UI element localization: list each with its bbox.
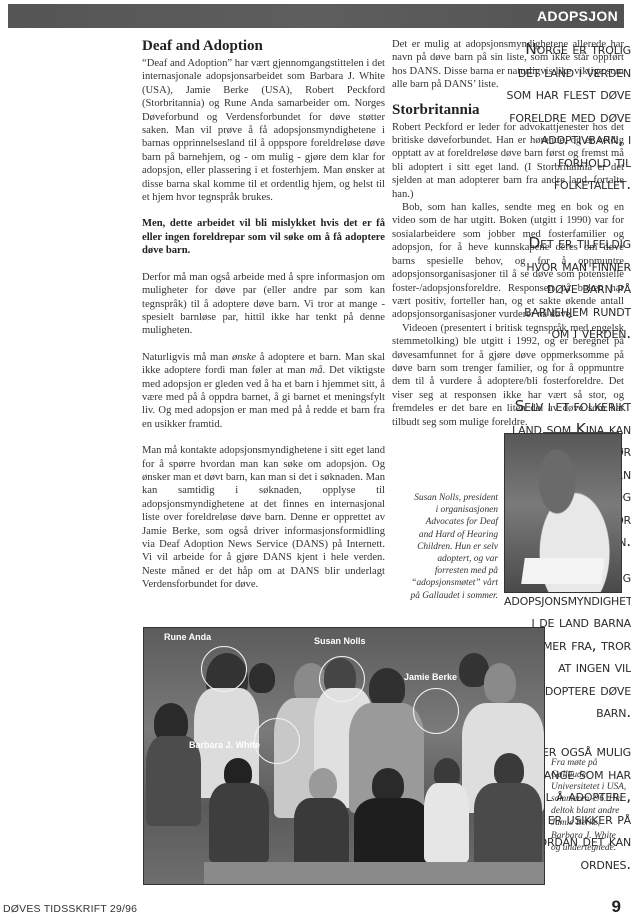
paragraph: “Deaf and Adoption” har vært gjennomgang…: [142, 57, 385, 204]
label-jamie-berke: Jamie Berke: [404, 672, 457, 682]
section-title: ADOPSJON: [537, 8, 618, 24]
label-rune-anda: Rune Anda: [164, 632, 211, 642]
person-head: [369, 668, 405, 708]
subheading-storbritannia: Storbritannia: [392, 102, 624, 119]
paragraph: Det er mulig at adopsjonsmyndighetene al…: [392, 38, 624, 92]
person-head: [494, 753, 524, 787]
paragraph: Videoen (presentert i britisk tegnspråk …: [392, 322, 624, 429]
person-body: [424, 783, 469, 863]
highlight-circle-barbara: [254, 718, 300, 764]
paragraph: Naturligvis må man ønske å adoptere et b…: [142, 351, 385, 431]
highlight-circle-susan: [319, 656, 365, 702]
article-column-2: Det er mulig at adopsjonsmyndighetene al…: [392, 38, 624, 429]
photo-paper: [521, 558, 605, 584]
page-number: 9: [612, 897, 621, 917]
paragraph: Derfor må man også arbeide med å spre in…: [142, 271, 385, 338]
emphasis: må: [310, 365, 323, 376]
person-head: [372, 768, 404, 802]
paragraph: Man må kontakte adopsjonsmyndighetene i …: [142, 444, 385, 591]
person-body: [294, 798, 349, 868]
highlight-circle-rune: [201, 646, 247, 692]
article-title: Deaf and Adoption: [142, 38, 385, 55]
photo1-caption: Susan Nolls, president i organisasjonen …: [410, 492, 498, 602]
section-header-bar: ADOPSJON: [8, 4, 624, 28]
bold-paragraph: Men, dette arbeidet vil bli mislykket hv…: [142, 217, 385, 257]
photo-susan-nolls: [504, 433, 622, 593]
person-body: [354, 798, 429, 868]
group-photo: Rune Anda Susan Nolls Jamie Berke Barbar…: [143, 627, 545, 885]
group-photo-caption: Fra møte på Gallaudet Universitetet i US…: [551, 757, 627, 854]
person-body: [474, 783, 542, 868]
paragraph: Robert Peckford er leder for advokattjen…: [392, 121, 624, 201]
label-susan-nolls: Susan Nolls: [314, 636, 366, 646]
person-head: [309, 768, 337, 800]
publication-footer: DØVES TIDSSKRIFT 29/96: [3, 903, 137, 915]
person-head: [484, 663, 516, 703]
table: [204, 862, 544, 884]
emphasis: ønske: [232, 352, 256, 363]
person-head: [249, 663, 275, 693]
article-column-1: Deaf and Adoption “Deaf and Adoption” ha…: [142, 38, 385, 605]
paragraph: Bob, som han kalles, sendte meg en bok o…: [392, 201, 624, 322]
person-body: [209, 783, 269, 863]
highlight-circle-jamie: [413, 688, 459, 734]
label-barbara-white: Barbara J. White: [189, 740, 260, 750]
